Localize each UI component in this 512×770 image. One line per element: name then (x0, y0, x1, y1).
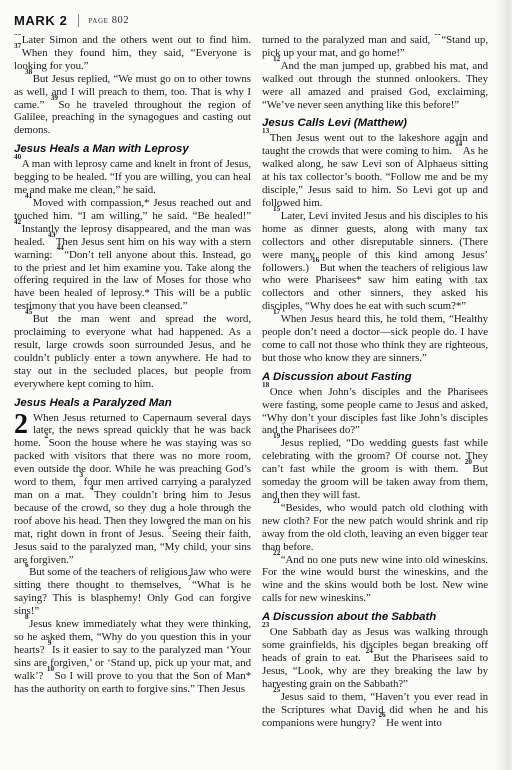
verse-number: 36 (14, 34, 21, 37)
verse-number: 15 (273, 205, 280, 213)
bible-paragraph: turned to the paralyzed man and said, 11… (262, 34, 488, 60)
verse-number: 26 (378, 711, 385, 719)
section-heading: A Discussion about the Sabbath (262, 611, 488, 624)
section-heading: Jesus Heals a Man with Leprosy (14, 143, 251, 156)
verse-number: 39 (51, 94, 58, 102)
verse-number: 3 (80, 471, 84, 479)
bible-paragraph: 6But some of the teachers of religious l… (14, 566, 251, 618)
verse-number: 23 (262, 621, 269, 629)
bible-paragraph: 12And the man jumped up, grabbed his mat… (262, 60, 488, 112)
verse-number: 37 (14, 42, 21, 50)
verse-number: 13 (262, 127, 269, 135)
verse-number: 11 (434, 34, 441, 37)
page-number-label: page 802 (88, 15, 129, 26)
verse-number: 16 (312, 256, 319, 264)
verse-number: 40 (14, 153, 21, 161)
verse-number: 22 (273, 549, 280, 557)
right-column: turned to the paralyzed man and said, 11… (262, 34, 488, 770)
verse-number: 42 (14, 218, 21, 226)
verse-number: 25 (273, 686, 280, 694)
bible-paragraph: 18Once when John’s disciples and the Pha… (262, 386, 488, 438)
bible-paragraph: 13Then Jesus went out to the lakeshore a… (262, 132, 488, 209)
bible-paragraph: 8Jesus knew immediately what they were t… (14, 618, 251, 695)
left-column: 36Later Simon and the others went out to… (14, 34, 251, 770)
bible-paragraph: 45But the man went and spread the word, … (14, 313, 251, 390)
verse-number: 24 (366, 647, 373, 655)
verse-number: 4 (90, 484, 94, 492)
bible-paragraph: 21“Besides, who would patch old clothing… (262, 502, 488, 554)
verse-number: 9 (48, 639, 52, 647)
header-divider (78, 14, 79, 27)
verse-number: 38 (25, 68, 32, 76)
verse-number: 43 (48, 231, 55, 239)
page-header: MARK 2 page 802 (0, 0, 512, 30)
book-chapter-label: MARK 2 (14, 13, 67, 28)
section-heading: A Discussion about Fasting (262, 371, 488, 384)
verse-number: 8 (25, 613, 29, 621)
bible-paragraph: 22“And no one puts new wine into old win… (262, 554, 488, 606)
bible-paragraph: 23One Sabbath day as Jesus was walking t… (262, 626, 488, 691)
verse-number: 2 (45, 432, 49, 440)
bible-paragraph: 38But Jesus replied, “We must go on to o… (14, 73, 251, 138)
bible-paragraph: 25Jesus said to them, “Haven’t you ever … (262, 691, 488, 730)
verse-number: 14 (455, 140, 462, 148)
bible-paragraph: 36Later Simon and the others went out to… (14, 34, 251, 73)
two-column-text: 36Later Simon and the others went out to… (0, 30, 512, 770)
section-heading: Jesus Calls Levi (Matthew) (262, 117, 488, 130)
bible-paragraph: 15Later, Levi invited Jesus and his disc… (262, 210, 488, 313)
verse-number: 19 (273, 432, 280, 440)
verse-number: 20 (465, 458, 472, 466)
chapter-number-dropcap: 2 (14, 412, 33, 436)
verse-number: 10 (47, 665, 54, 673)
verse-number: 41 (25, 192, 32, 200)
verse-number: 12 (273, 55, 280, 63)
verse-number: 45 (25, 308, 32, 316)
verse-number: 44 (57, 244, 64, 252)
verse-number: 21 (273, 497, 280, 505)
bible-paragraph: 41Moved with compassion,* Jesus reached … (14, 197, 251, 313)
verse-number: 17 (273, 308, 280, 316)
verse-number: 6 (25, 561, 29, 569)
verse-number: 7 (188, 574, 192, 582)
section-heading: Jesus Heals a Paralyzed Man (14, 397, 251, 410)
bible-page: MARK 2 page 802 36Later Simon and the ot… (0, 0, 512, 770)
verse-number: 18 (262, 381, 269, 389)
bible-paragraph: 19Jesus replied, “Do wedding guests fast… (262, 437, 488, 502)
verse-number: 5 (168, 523, 172, 531)
bible-paragraph: 17When Jesus heard this, he told them, “… (262, 313, 488, 365)
bible-paragraph: 2When Jesus returned to Capernaum severa… (14, 412, 251, 567)
bible-paragraph: 40A man with leprosy came and knelt in f… (14, 158, 251, 197)
